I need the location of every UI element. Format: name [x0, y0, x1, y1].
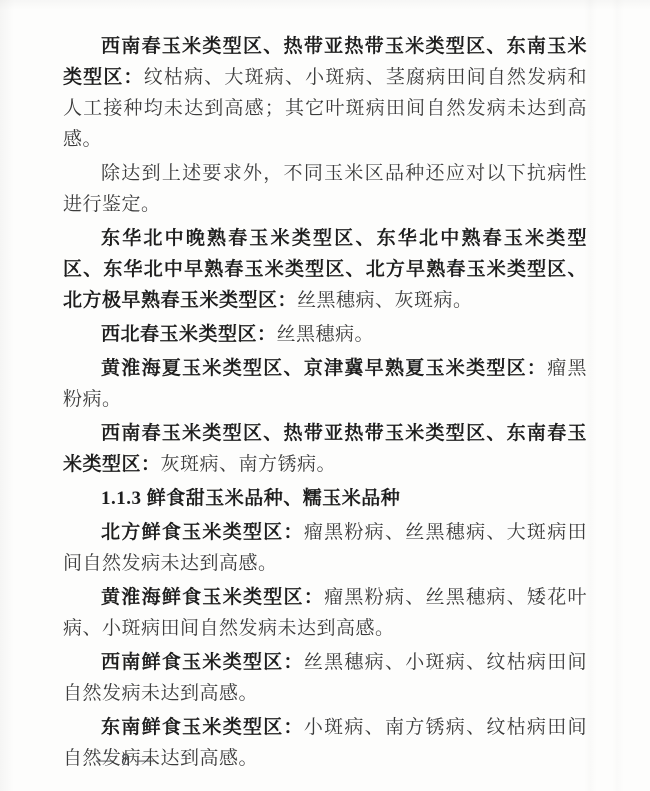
region-label: 黄淮海鲜食玉米类型区：: [101, 587, 324, 608]
paragraph: 除达到上述要求外，不同玉米区品种还应对以下抗病性进行鉴定。: [63, 158, 587, 220]
paragraph-text: 灰斑病、南方锈病。: [161, 454, 337, 475]
paragraph: 西南春玉米类型区、热带亚热带玉米类型区、东南春玉米类型区：灰斑病、南方锈病。: [63, 418, 587, 480]
page-number: — 8 —: [96, 748, 157, 772]
region-label: 西南鲜食玉米类型区：: [101, 652, 304, 673]
region-label: 北方鲜食玉米类型区：: [101, 522, 304, 543]
paragraph: 西南鲜食玉米类型区：丝黑穗病、小斑病、纹枯病田间自然发病未达到高感。: [63, 647, 587, 709]
paragraph: 西北春玉米类型区：丝黑穗病。: [63, 319, 587, 350]
paragraph: 东华北中晚熟春玉米类型区、东华北中熟春玉米类型区、东华北中早熟春玉米类型区、北方…: [63, 223, 587, 316]
text-block: 西南春玉米类型区、热带亚热带玉米类型区、东南玉米类型区：纹枯病、大斑病、小斑病、…: [63, 31, 587, 777]
paragraph: 北方鲜食玉米类型区：瘤黑粉病、丝黑穗病、大斑病田间自然发病未达到高感。: [63, 517, 587, 579]
scanned-document-page: 西南春玉米类型区、热带亚热带玉米类型区、东南玉米类型区：纹枯病、大斑病、小斑病、…: [0, 0, 650, 791]
paragraph: 黄淮海鲜食玉米类型区：瘤黑粉病、丝黑穗病、矮花叶病、小斑病田间自然发病未达到高感…: [63, 582, 587, 644]
paragraph-text: 除达到上述要求外，不同玉米区品种还应对以下抗病性进行鉴定。: [63, 163, 587, 215]
section-heading: 1.1.3 鲜食甜玉米品种、糯玉米品种: [63, 483, 587, 514]
paragraph: 黄淮海夏玉米类型区、京津冀早熟夏玉米类型区：瘤黑粉病。: [63, 353, 587, 415]
region-label: 西北春玉米类型区：: [101, 324, 277, 345]
region-label: 东南鲜食玉米类型区：: [101, 717, 304, 738]
region-label: 黄淮海夏玉米类型区、京津冀早熟夏玉米类型区：: [101, 358, 547, 379]
paragraph-text: 丝黑穗病。: [277, 324, 375, 345]
paragraph: 西南春玉米类型区、热带亚热带玉米类型区、东南玉米类型区：纹枯病、大斑病、小斑病、…: [63, 31, 587, 155]
paragraph-text: 丝黑穗病、灰斑病。: [297, 290, 473, 311]
